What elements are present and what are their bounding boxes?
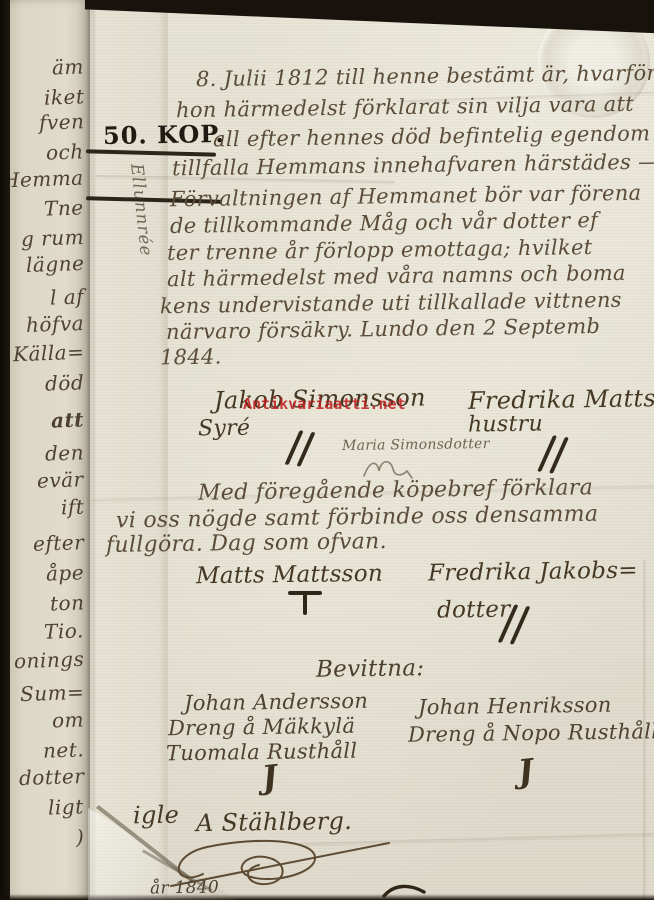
left-fragment: efter (32, 530, 84, 556)
left-fragment: att (51, 407, 85, 432)
left-fragment: höfva (26, 311, 85, 337)
bomarke-slashes (290, 430, 319, 469)
left-fragment: åpe (46, 560, 85, 585)
signature-seller-wife: Fredrika Mattsdotter (468, 383, 654, 415)
scanner-edge-left (0, 0, 10, 900)
body-line: 1844. (160, 345, 222, 370)
left-fragment: g rum (21, 225, 85, 251)
footer-fragment: år 1840 (150, 878, 219, 899)
document-scan: äm iket fven och Hemma Tne g rum lägne l… (0, 0, 654, 900)
witness-heading: Bevittna: (316, 655, 425, 683)
left-fragment: ) (75, 825, 84, 849)
signature-middle: Maria Simonsdotter (342, 436, 490, 454)
witness-right-line: Johan Henriksson (418, 693, 612, 720)
signature-buyer-wife: dotter (437, 596, 511, 623)
witness-left-line: Dreng å Mäkkylä (168, 714, 356, 741)
left-fragment: iket (43, 84, 84, 109)
left-fragment: Tne (44, 195, 84, 220)
bomarke-t-mark (288, 591, 322, 617)
clerk-prefix: igle (133, 801, 180, 830)
left-fragment: den (45, 440, 85, 465)
revenue-stamp-50kop: 50. KOP. (103, 119, 225, 150)
signature-seller-suffix: Syré (198, 416, 251, 442)
witness-right-line: Dreng å Nopo Rusthåll (408, 719, 654, 746)
left-fragment: lägne (25, 251, 84, 277)
left-fragment: net. (42, 737, 84, 762)
left-fragment: död (44, 370, 84, 395)
left-fragment: onings (13, 647, 84, 673)
left-fragment: fven (38, 109, 84, 135)
signature-buyer: Matts Mattsson (196, 561, 383, 590)
left-fragment: ligt (48, 794, 84, 819)
left-fragment: ift (60, 495, 84, 520)
left-fragment: Hemma (2, 166, 84, 193)
signature-buyer-wife: Fredrika Jakobs= (428, 558, 638, 587)
signature-wife-role: hustru (468, 411, 543, 437)
left-fragment: evär (37, 467, 84, 493)
left-fragment: och (46, 139, 84, 164)
left-fragment: l af (49, 284, 84, 309)
footer-partial-stroke (380, 882, 428, 900)
left-fragment: äm (52, 54, 85, 79)
left-fragment: Källa= (12, 340, 84, 366)
witness-left-line: Johan Andersson (184, 689, 368, 716)
left-fragment: dotter (18, 764, 84, 790)
left-fragment: Tio. (44, 618, 85, 643)
left-fragment: om (52, 707, 85, 732)
consent-line: fullgöra. Dag som ofvan. (106, 529, 387, 558)
watermark-text: Antikvariaatti.net (243, 395, 406, 413)
left-fragment: ton (49, 590, 84, 615)
left-fragment: Sum= (19, 680, 84, 706)
adjacent-page-edge: äm iket fven och Hemma Tne g rum lägne l… (8, 0, 90, 900)
